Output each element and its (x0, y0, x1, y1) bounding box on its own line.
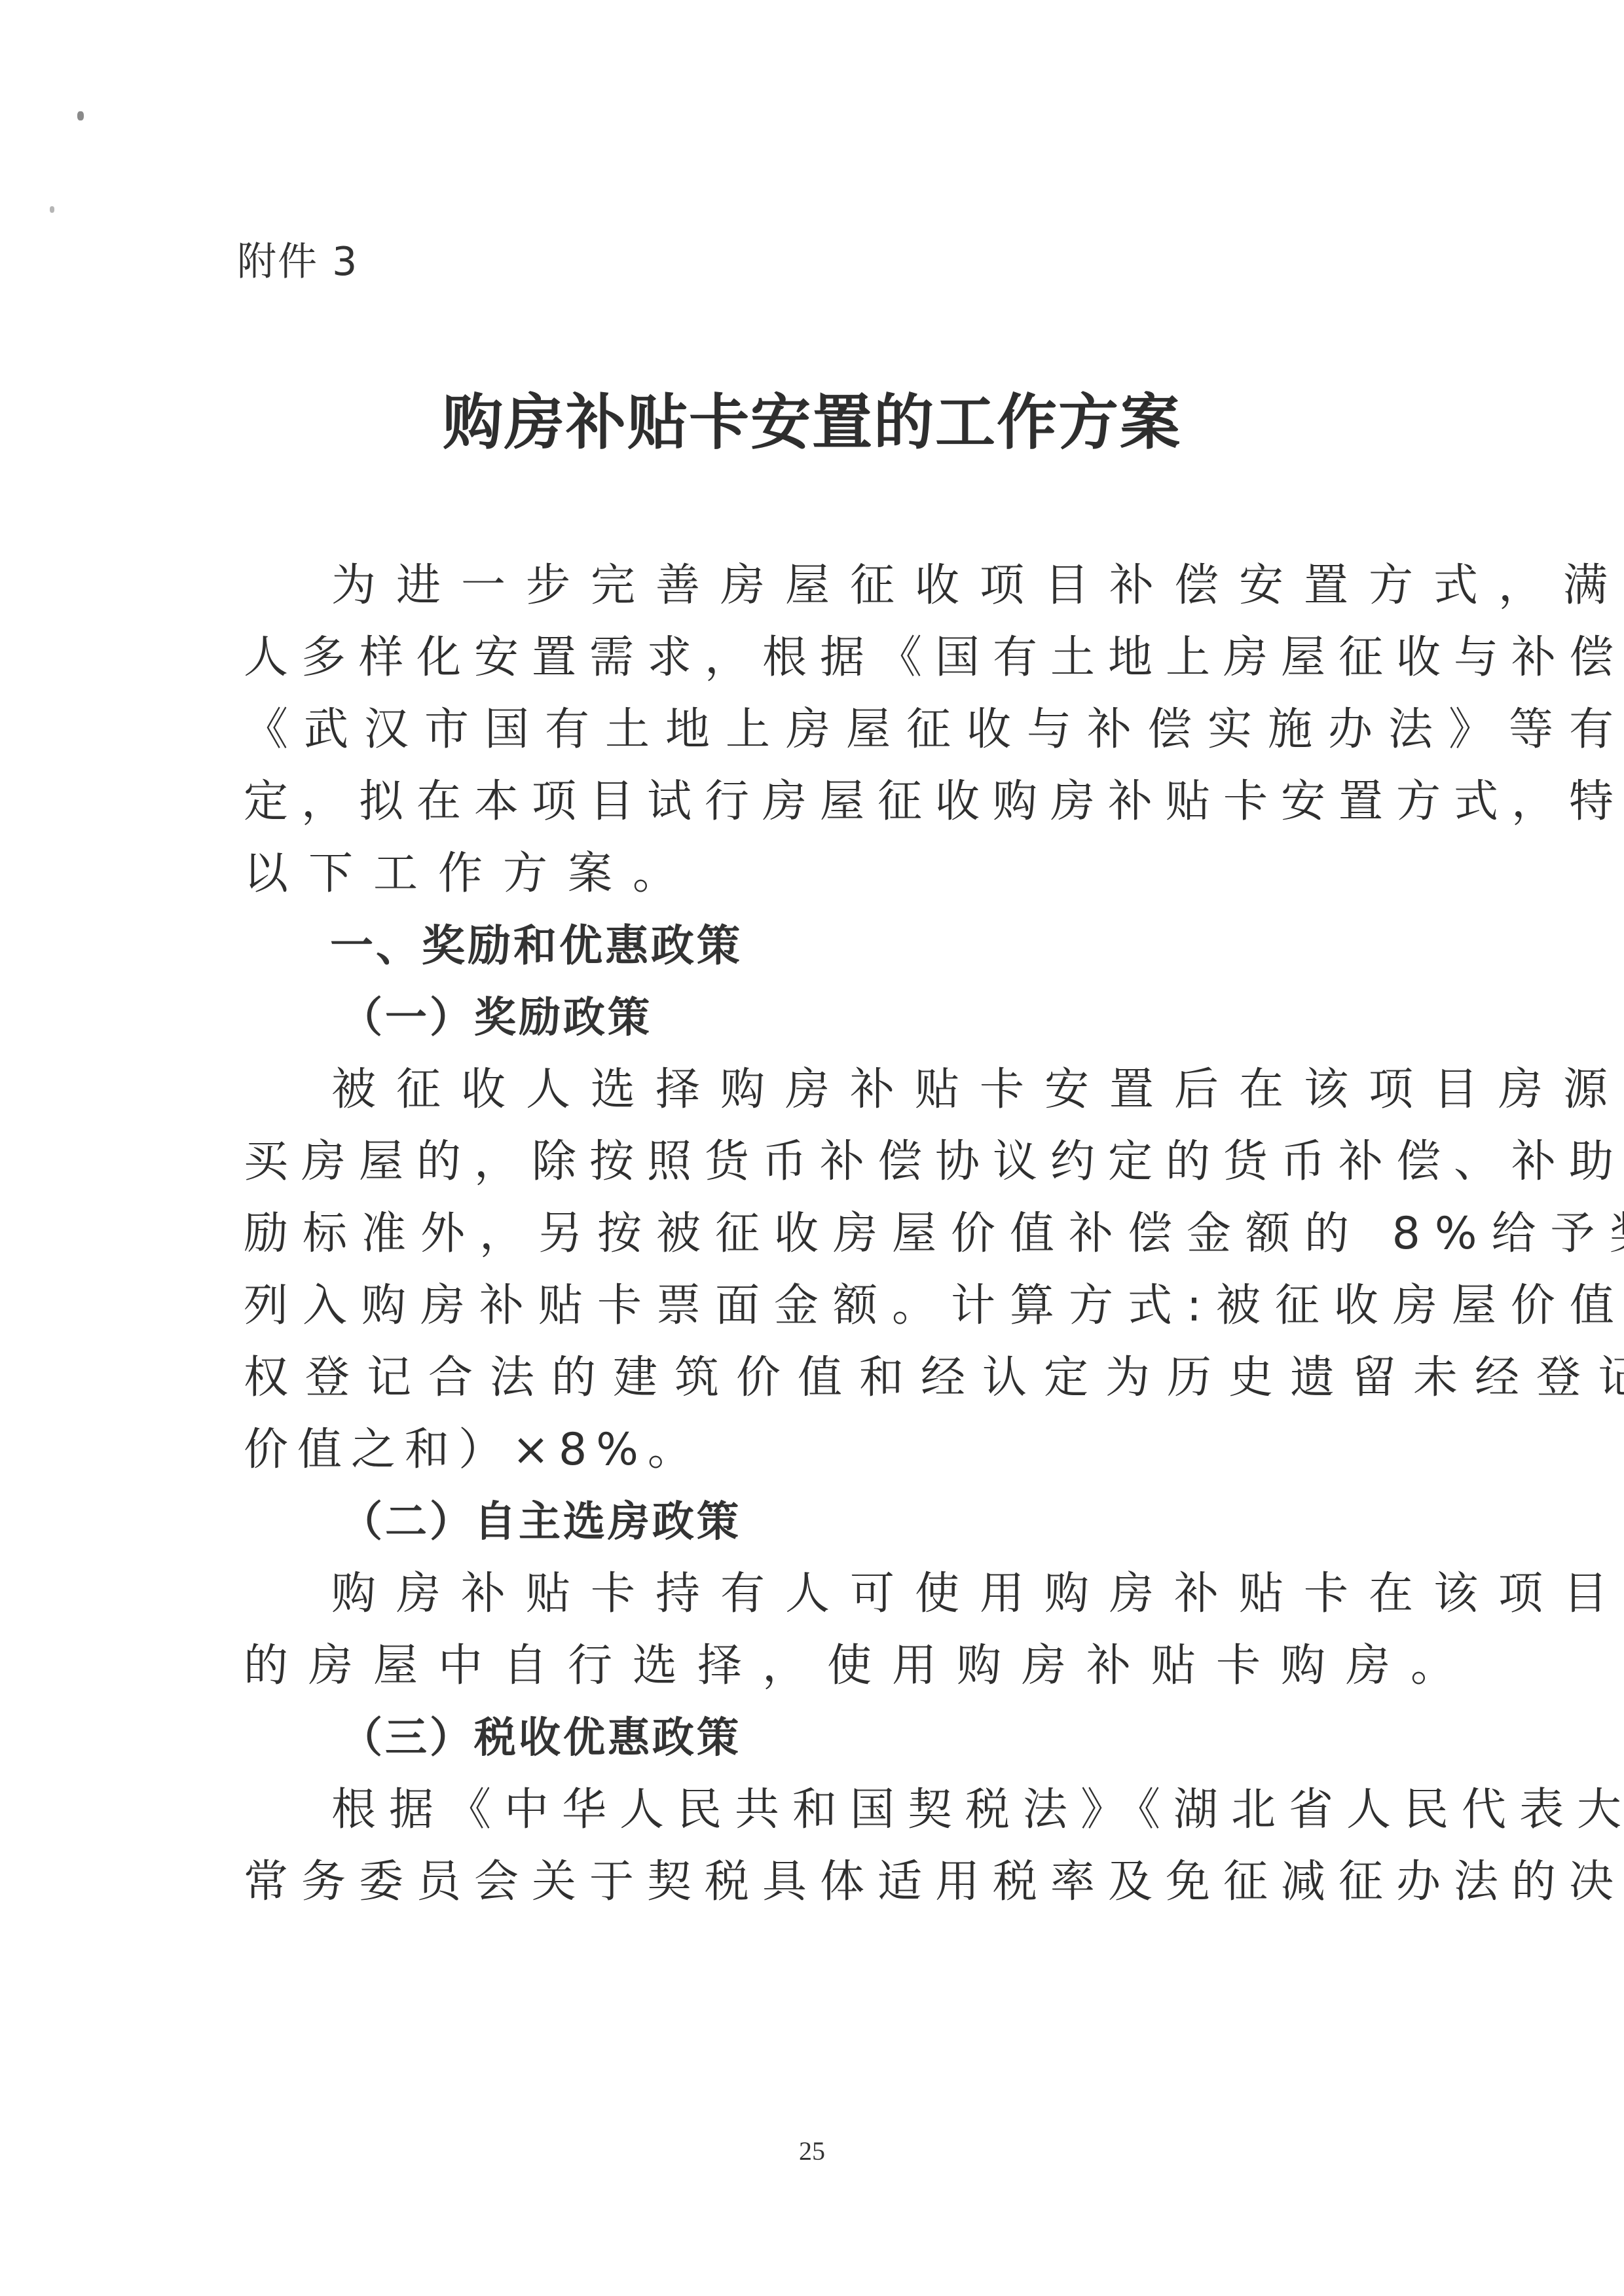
paragraph-line: 常务委员会关于契税具体适用税率及免征减征办法的决定》 (244, 1846, 1365, 1918)
intro-paragraph: 为进一步完善房屋征收项目补偿安置方式，满足被征收 人多样化安置需求，根据《国有土… (244, 550, 1365, 910)
scan-speck (77, 111, 84, 120)
paragraph-line: 价值之和）×8%。 (244, 1414, 1365, 1486)
document-title: 购房补贴卡安置的工作方案 (0, 374, 1624, 461)
attachment-label: 附件 3 (237, 230, 358, 287)
subsection-heading: （一）奖励政策 (244, 982, 1365, 1054)
paragraph-line: 权登记合法的建筑价值和经认定为历史遗留未经登记建筑 (244, 1342, 1365, 1414)
scan-speck (50, 206, 54, 213)
subsection-paragraph: 根据《中华人民共和国契税法》《湖北省人民代表大会 常务委员会关于契税具体适用税率… (244, 1774, 1365, 1918)
subsection-paragraph: 被征收人选择购房补贴卡安置后在该项目房源库内购 买房屋的，除按照货币补偿协议约定… (244, 1054, 1365, 1486)
paragraph-line: 励标准外，另按被征收房屋价值补偿金额的 8%给予奖励， (244, 1198, 1365, 1270)
paragraph-line: 购房补贴卡持有人可使用购房补贴卡在该项目房源库 (244, 1558, 1365, 1630)
subsection-paragraph: 购房补贴卡持有人可使用购房补贴卡在该项目房源库 的房屋中自行选择，使用购房补贴卡… (244, 1558, 1365, 1702)
paragraph-line: 根据《中华人民共和国契税法》《湖北省人民代表大会 (244, 1774, 1365, 1846)
paragraph-line: 《武汉市国有土地上房屋征收与补偿实施办法》等有关规 (244, 694, 1365, 766)
paragraph-line: 定，拟在本项目试行房屋征收购房补贴卡安置方式，特制定 (244, 766, 1365, 838)
paragraph-line: 人多样化安置需求，根据《国有土地上房屋征收与补偿条例》 (244, 622, 1365, 694)
paragraph-line: 被征收人选择购房补贴卡安置后在该项目房源库内购 (244, 1054, 1365, 1126)
paragraph-line: 买房屋的，除按照货币补偿协议约定的货币补偿、补助、奖 (244, 1126, 1365, 1198)
page-number: 25 (0, 2136, 1624, 2166)
paragraph-line: 的房屋中自行选择，使用购房补贴卡购房。 (244, 1630, 1365, 1702)
subsection-heading: （三）税收优惠政策 (244, 1702, 1365, 1774)
paragraph-line: 列入购房补贴卡票面金额。计算方式:被征收房屋价值（产 (244, 1270, 1365, 1342)
section-heading: 一、奖励和优惠政策 (244, 910, 1365, 982)
paragraph-line: 为进一步完善房屋征收项目补偿安置方式，满足被征收 (244, 550, 1365, 622)
paragraph-line: 以下工作方案。 (244, 838, 1365, 910)
subsection-heading: （二）自主选房政策 (244, 1486, 1365, 1558)
document-body: 为进一步完善房屋征收项目补偿安置方式，满足被征收 人多样化安置需求，根据《国有土… (244, 550, 1365, 1918)
